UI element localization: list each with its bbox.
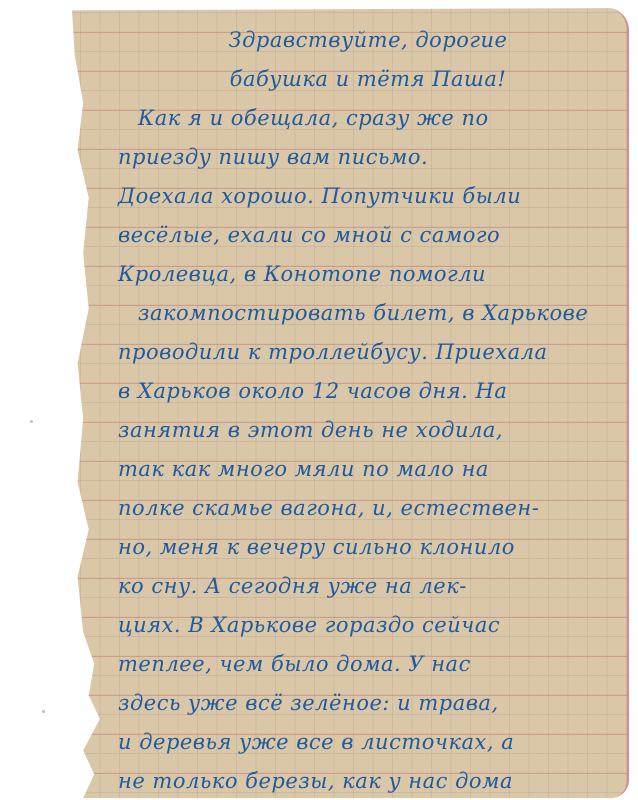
greeting-line-1: Здравствуйте, дорогие <box>118 21 618 60</box>
letter-body: Здравствуйте, дорогие бабушка и тётя Паш… <box>118 21 618 800</box>
greeting-line-2: бабушка и тётя Паша! <box>118 60 618 99</box>
letter-line: теплее, чем было дома. У нас <box>118 645 618 684</box>
letter-line: занятия в этот день не ходила, <box>118 411 618 450</box>
letter-line: так как много мяли по мало на <box>118 450 618 489</box>
letter-line: закомпостировать билет, в Харькове <box>118 294 618 333</box>
letter-line: и деревья уже все в листочках, а <box>118 723 618 762</box>
letter-line: проводили к троллейбусу. Приехала <box>118 333 618 372</box>
speck-mark <box>42 710 45 713</box>
letter-line: Как я и обещала, сразу же по <box>118 99 618 138</box>
letter-page: Здравствуйте, дорогие бабушка и тётя Паш… <box>72 8 629 798</box>
letter-line: Кролевца, в Конотопе помогли <box>118 255 618 294</box>
letter-line: но, меня к вечеру сильно клонило <box>118 528 618 567</box>
letter-line: здесь уже всё зелёное: и трава, <box>118 684 618 723</box>
letter-line: Доехала хорошо. Попутчики были <box>118 177 618 216</box>
letter-line: не только березы, как у нас дома <box>118 762 618 800</box>
letter-line: в Харьков около 12 часов дня. На <box>118 372 618 411</box>
letter-line: весёлые, ехали со мной с самого <box>118 216 618 255</box>
letter-line: циях. В Харькове гораздо сейчас <box>118 606 618 645</box>
letter-line: полке скамье вагона, и, естествен- <box>118 489 618 528</box>
letter-line: приезду пишу вам письмо. <box>118 138 618 177</box>
letter-line: ко сну. А сегодня уже на лек- <box>118 567 618 606</box>
speck-mark <box>30 420 33 423</box>
